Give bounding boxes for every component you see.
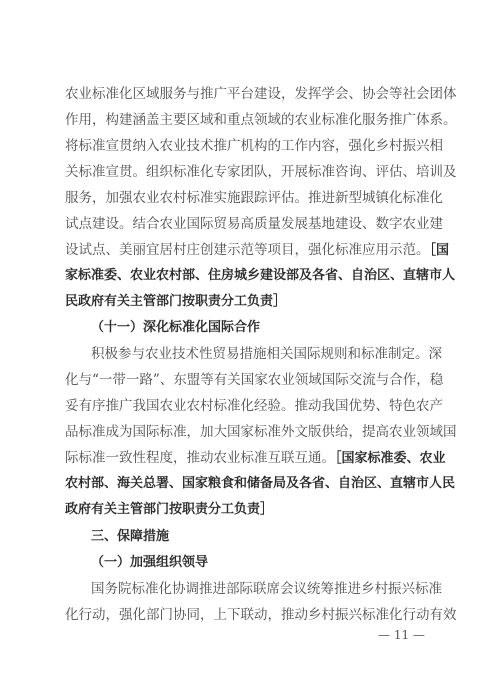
paragraph-line: 化与“一带一路”、东盟等有关国家农业领域国际交流与合作，稳	[65, 367, 431, 393]
responsibility-note: 农村部、海关总署、国家粮食和储备局及各省、自治区、直辖市人民	[65, 471, 431, 497]
page-number: — 11 —	[378, 628, 425, 642]
normal-text: 设试点、美丽宜居村庄创建示范等项目，强化标准应用示范。	[65, 242, 430, 258]
section-heading: （一）加强组织领导	[91, 550, 431, 576]
paragraph-line: 国务院标准化协调推进部际联席会议统筹推进乡村振兴标准	[91, 576, 431, 602]
section-heading: （十一）深化标准化国际合作	[91, 315, 431, 341]
normal-text: 际标准一致性程度，推动农业标准互联互通。	[65, 450, 335, 466]
paragraph-line: 服务，加强农业农村标准实施跟踪评估。推进新型城镇化标准化	[65, 185, 431, 211]
chapter-heading: 三、保障措施	[91, 524, 431, 550]
responsibility-note: 政府有关主管部门按职责分工负责］	[65, 497, 431, 523]
responsibility-note: ［国	[430, 243, 450, 258]
responsibility-note: 家标准委、农业农村部、住房城乡建设部及各省、自治区、直辖市人	[65, 263, 431, 289]
paragraph-line: 关标准宣贯。组织标准化专家团队，开展标准咨询、评估、培训及	[65, 159, 431, 185]
paragraph-line: 积极参与农业技术性贸易措施相关国际规则和标准制定。深	[91, 341, 431, 367]
paragraph-line: 农业标准化区域服务与推广平台建设，发挥学会、协会等社会团体	[65, 81, 431, 107]
paragraph-line: 将标准宣贯纳入农业技术推广机构的工作内容，强化乡村振兴相	[65, 133, 431, 159]
paragraph-line: 试点建设。结合农业国际贸易高质量发展基地建设、数字农业建	[65, 211, 431, 237]
responsibility-note: ［国家标准委、农业	[335, 451, 446, 466]
paragraph-line-mixed: 设试点、美丽宜居村庄创建示范等项目，强化标准应用示范。［国	[65, 237, 431, 263]
paragraph-line: 妥有序推广我国农业农村标准化经验。推动我国优势、特色农产	[65, 393, 431, 419]
paragraph-line-mixed: 际标准一致性程度，推动农业标准互联互通。［国家标准委、农业	[65, 445, 431, 471]
responsibility-note: 民政府有关主管部门按职责分工负责］	[65, 289, 431, 315]
paragraph-line: 作用，构建涵盖主要区域和重点领域的农业标准化服务推广体系。	[65, 107, 431, 133]
paragraph-line: 品标准成为国际标准，加大国家标准外文版供给，提高农业领域国	[65, 419, 431, 445]
paragraph-line: 化行动，强化部门协同，上下联动，推动乡村振兴标准化行动有效	[65, 602, 431, 628]
